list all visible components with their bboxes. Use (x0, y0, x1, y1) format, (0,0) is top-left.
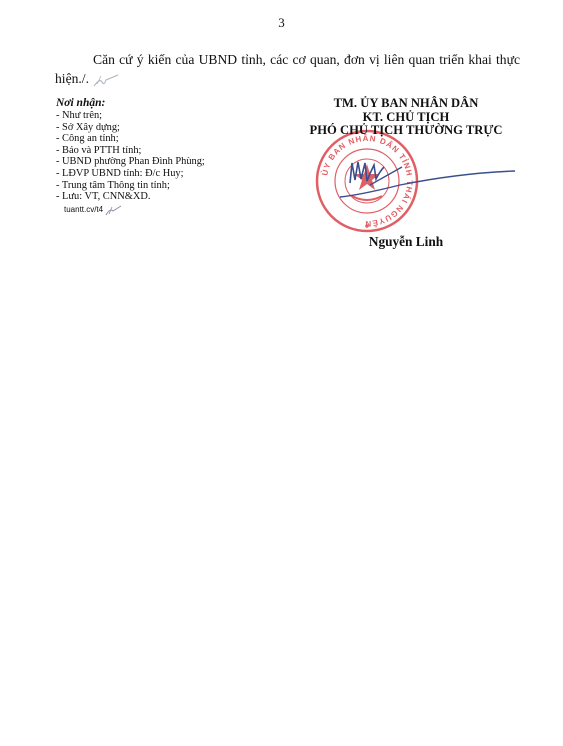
recipient-item: - Báo và PTTH tỉnh; (56, 145, 205, 157)
initial-flourish-icon (105, 204, 123, 216)
reference-text: tuantt.cv/t4 (64, 205, 103, 214)
recipient-item: - Trung tâm Thông tin tỉnh; (56, 180, 205, 192)
initial-flourish-icon (92, 72, 120, 88)
recipients-list: Nơi nhận: - Như trên; - Sở Xây dựng; - C… (56, 97, 205, 216)
signature-title-line: PHÓ CHỦ TỊCH THƯỜNG TRỰC (290, 124, 522, 138)
reference-code: tuantt.cv/t4 (56, 204, 205, 216)
recipient-item: - LĐVP UBND tỉnh: Đ/c Huy; (56, 168, 205, 180)
handwritten-signature-icon (340, 145, 540, 205)
signature-title-line: KT. CHỦ TỊCH (290, 111, 522, 125)
body-paragraph: Căn cứ ý kiến của UBND tỉnh, các cơ quan… (55, 50, 520, 88)
recipient-item: - UBND phường Phan Đình Phùng; (56, 156, 205, 168)
page-number: 3 (0, 15, 563, 31)
signature-block: TM. ỦY BAN NHÂN DÂN KT. CHỦ TỊCH PHÓ CHỦ… (290, 97, 522, 138)
signature-title-line: TM. ỦY BAN NHÂN DÂN (290, 97, 522, 111)
recipient-item: - Sở Xây dựng; (56, 122, 205, 134)
recipients-title: Nơi nhận: (56, 97, 205, 110)
body-text: Căn cứ ý kiến của UBND tỉnh, các cơ quan… (55, 52, 520, 86)
recipient-item: - Công an tỉnh; (56, 133, 205, 145)
signer-name: Nguyễn Linh (290, 234, 522, 250)
recipient-item: - Như trên; (56, 110, 205, 122)
recipient-item: - Lưu: VT, CNN&XD. (56, 191, 205, 203)
